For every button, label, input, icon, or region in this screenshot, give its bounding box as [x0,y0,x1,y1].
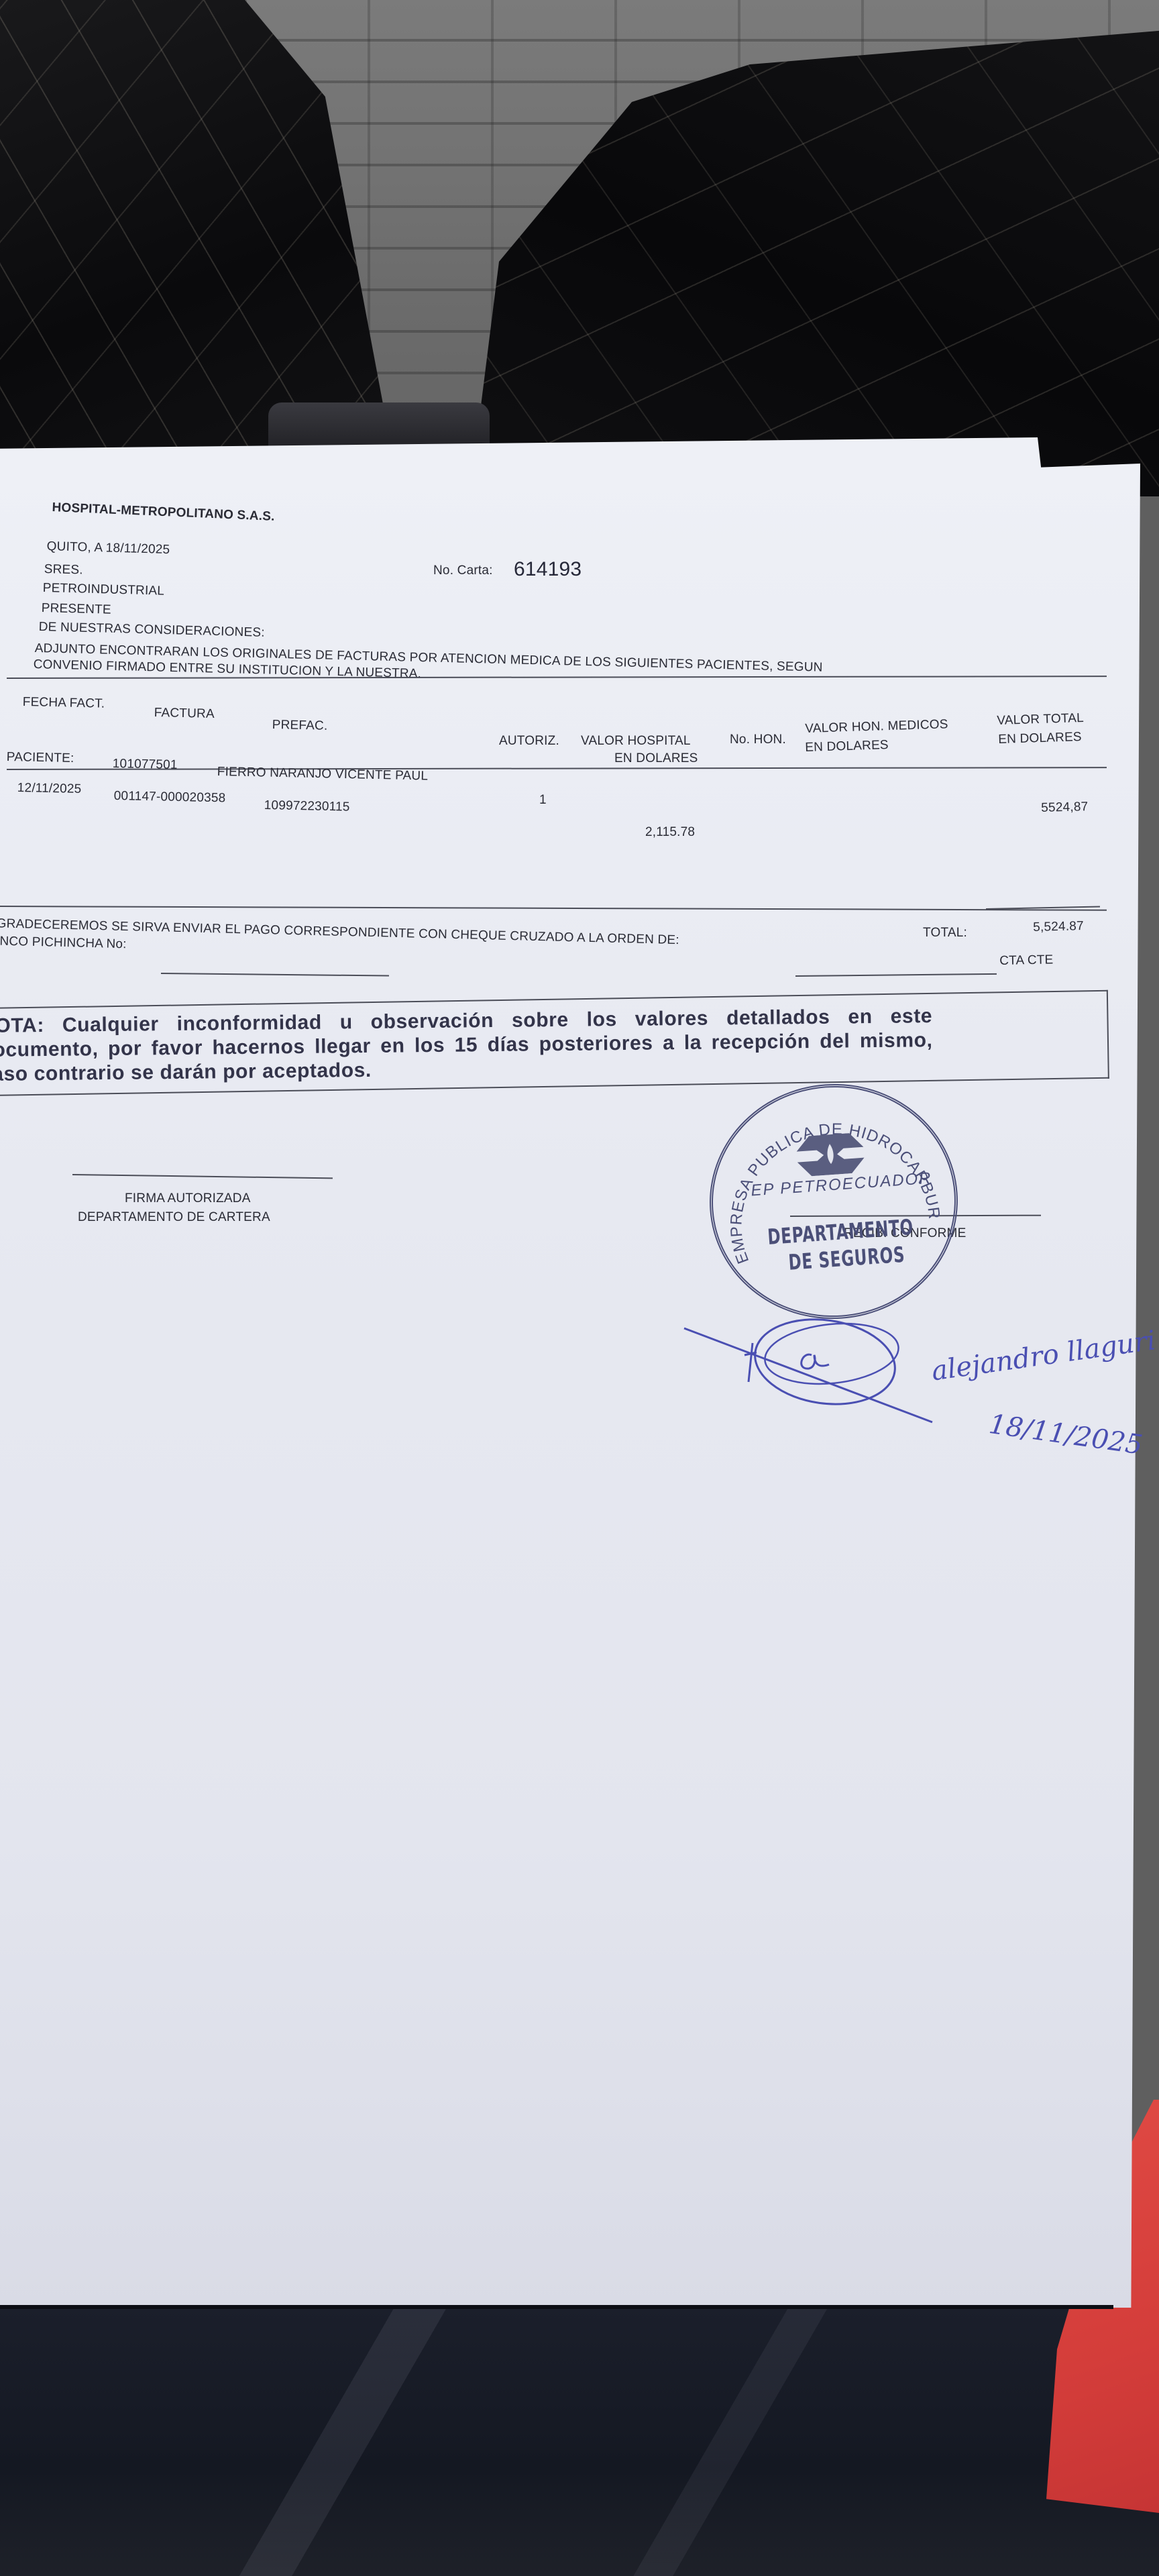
row-valor-hospital: 2,115.78 [645,825,695,840]
account-number-blank [161,973,389,977]
sender-name: HOSPITAL-METROPOLITANO S.A.S. [52,500,275,525]
city-date: QUITO, A 18/11/2025 [46,539,170,557]
header-factura: FACTURA [154,706,215,722]
row-factura: 001147-000020358 [114,789,226,806]
handwritten-signature [677,1308,959,1436]
recipient: PETROINDUSTRIAL [42,581,164,599]
header-no-hon: No. HON. [730,733,786,747]
stamp-ring-text: EMPRESA PUBLICA DE HIDROCARBUROS EP PETR… [706,1079,962,1324]
table-rule-top [7,676,1107,679]
note-text: NOTA: Cualquier inconformidad u observac… [0,1004,933,1087]
header-valor-hon: VALOR HON. MEDICOS [805,717,948,737]
present: PRESENTE [41,601,111,618]
stamp-department: DEPARTAMENTO DE SEGUROS [767,1214,916,1277]
signature-left-title: FIRMA AUTORIZADA [125,1191,251,1206]
floor-mat [0,2308,1159,2576]
letter-number-label: No. Carta: [433,563,493,578]
letter-number: 614193 [514,558,582,581]
header-valor-hospital-unit: EN DOLARES [614,751,698,766]
row-autoriz: 1 [539,793,547,808]
payee-blank [795,973,997,977]
total-section-rule [0,906,1107,911]
paper-edge [0,2305,1113,2309]
petroecuador-logo-icon [795,1132,865,1177]
header-autoriz: AUTORIZ. [499,734,559,749]
total-value: 5,524.87 [1033,919,1084,935]
header-fecha-fact: FECHA FACT. [23,695,105,712]
header-valor-hospital: VALOR HOSPITAL [581,734,691,749]
header-prefac: PREFAC. [272,718,328,734]
patient-id: 101077501 [113,757,178,773]
row-prefac: 109972230115 [264,798,350,815]
payment-account-type: CTA CTE [999,953,1054,969]
row-valor-total: 5524,87 [1041,800,1089,816]
header-valor-hon-unit: EN DOLARES [805,738,889,755]
signature-line-left [72,1174,333,1179]
salutation: SRES. [44,562,83,578]
considerations: DE NUESTRAS CONSIDERACIONES: [38,620,265,641]
invoice-letter: HOSPITAL-METROPOLITANO S.A.S. QUITO, A 1… [0,470,1159,1476]
company-stamp: EMPRESA PUBLICA DE HIDROCARBUROS EP PETR… [702,1076,966,1328]
signature-left-dept: DEPARTAMENTO DE CARTERA [78,1210,270,1225]
patient-label: PACIENTE: [7,750,74,766]
header-valor-total-unit: EN DOLARES [998,730,1082,747]
payment-line-2: BANCO PICHINCHA No: [0,934,127,952]
row-fecha-fact: 12/11/2025 [17,781,82,797]
header-valor-total: VALOR TOTAL [997,711,1084,729]
total-label: TOTAL: [923,926,967,941]
